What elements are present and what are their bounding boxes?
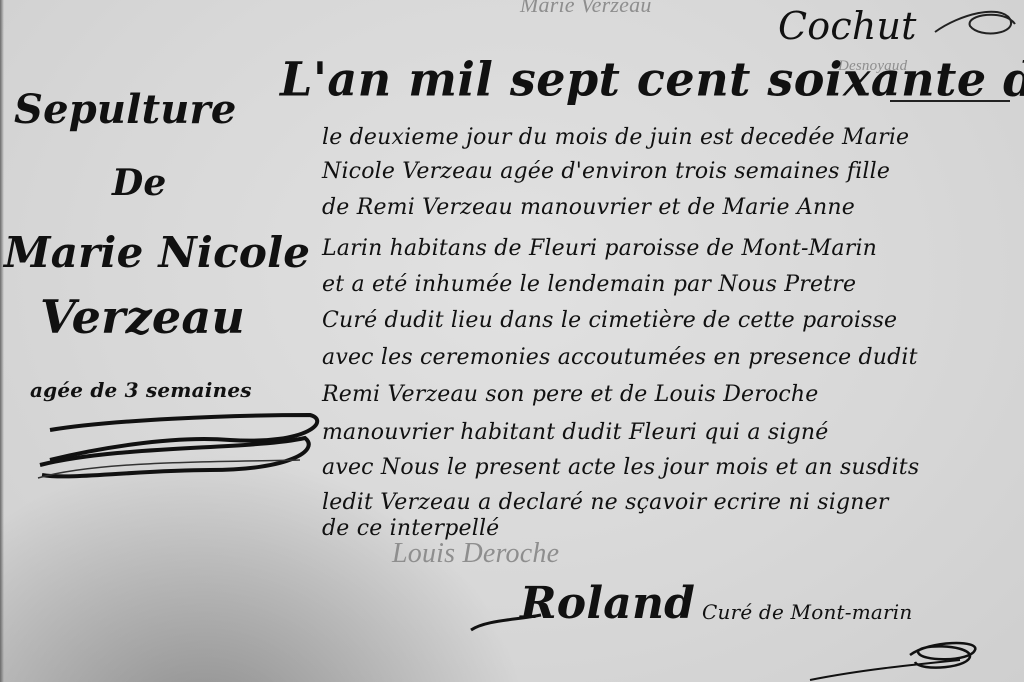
- witness-signature: Louis Deroche: [392, 538, 559, 570]
- entry-line-6: Curé dudit lieu dans le cimetière de cet…: [322, 308, 897, 333]
- entry-line-11: ledit Verzeau a declaré ne sçavoir ecrir…: [322, 490, 889, 515]
- priest-title: Curé de Mont-marin: [702, 600, 912, 624]
- heading-rule: [890, 100, 1010, 102]
- entry-line-1: le deuxieme jour du mois de juin est dec…: [322, 125, 909, 150]
- entry-line-5: et a eté inhumée le lendemain par Nous P…: [322, 272, 856, 297]
- register-page: Marie Verzeau Cochut Desnoyaud Sepulture…: [0, 0, 1024, 682]
- entry-line-10: avec Nous le present acte les jour mois …: [322, 455, 919, 480]
- faint-top-note: Marie Verzeau: [520, 0, 652, 18]
- signature-cochut: Cochut: [778, 4, 917, 48]
- signature-flourish-icon: [930, 4, 1020, 44]
- entry-line-9: manouvrier habitant dudit Fleuri qui a s…: [322, 420, 828, 445]
- margin-title-surname: Verzeau: [40, 290, 245, 344]
- priest-signature-flourish-icon: [466, 600, 546, 640]
- entry-heading: L'an mil sept cent soixante dix huit: [280, 51, 1024, 106]
- priest-signature: Roland: [520, 578, 695, 629]
- entry-line-8: Remi Verzeau son pere et de Louis Deroch…: [322, 382, 819, 407]
- margin-flourish-icon: [30, 390, 320, 490]
- paraph-flourish-icon: [800, 640, 1000, 682]
- margin-title-sepulture: Sepulture: [14, 86, 236, 133]
- entry-line-4: Larin habitans de Fleuri paroisse de Mon…: [322, 236, 877, 261]
- margin-title-name: Marie Nicole: [4, 228, 310, 277]
- entry-line-2: Nicole Verzeau agée d'environ trois sema…: [322, 159, 890, 184]
- page-edge-shadow: [0, 0, 4, 682]
- entry-line-7: avec les ceremonies accoutumées en prese…: [322, 345, 918, 370]
- entry-line-3: de Remi Verzeau manouvrier et de Marie A…: [322, 195, 855, 220]
- margin-title-de: De: [112, 162, 167, 204]
